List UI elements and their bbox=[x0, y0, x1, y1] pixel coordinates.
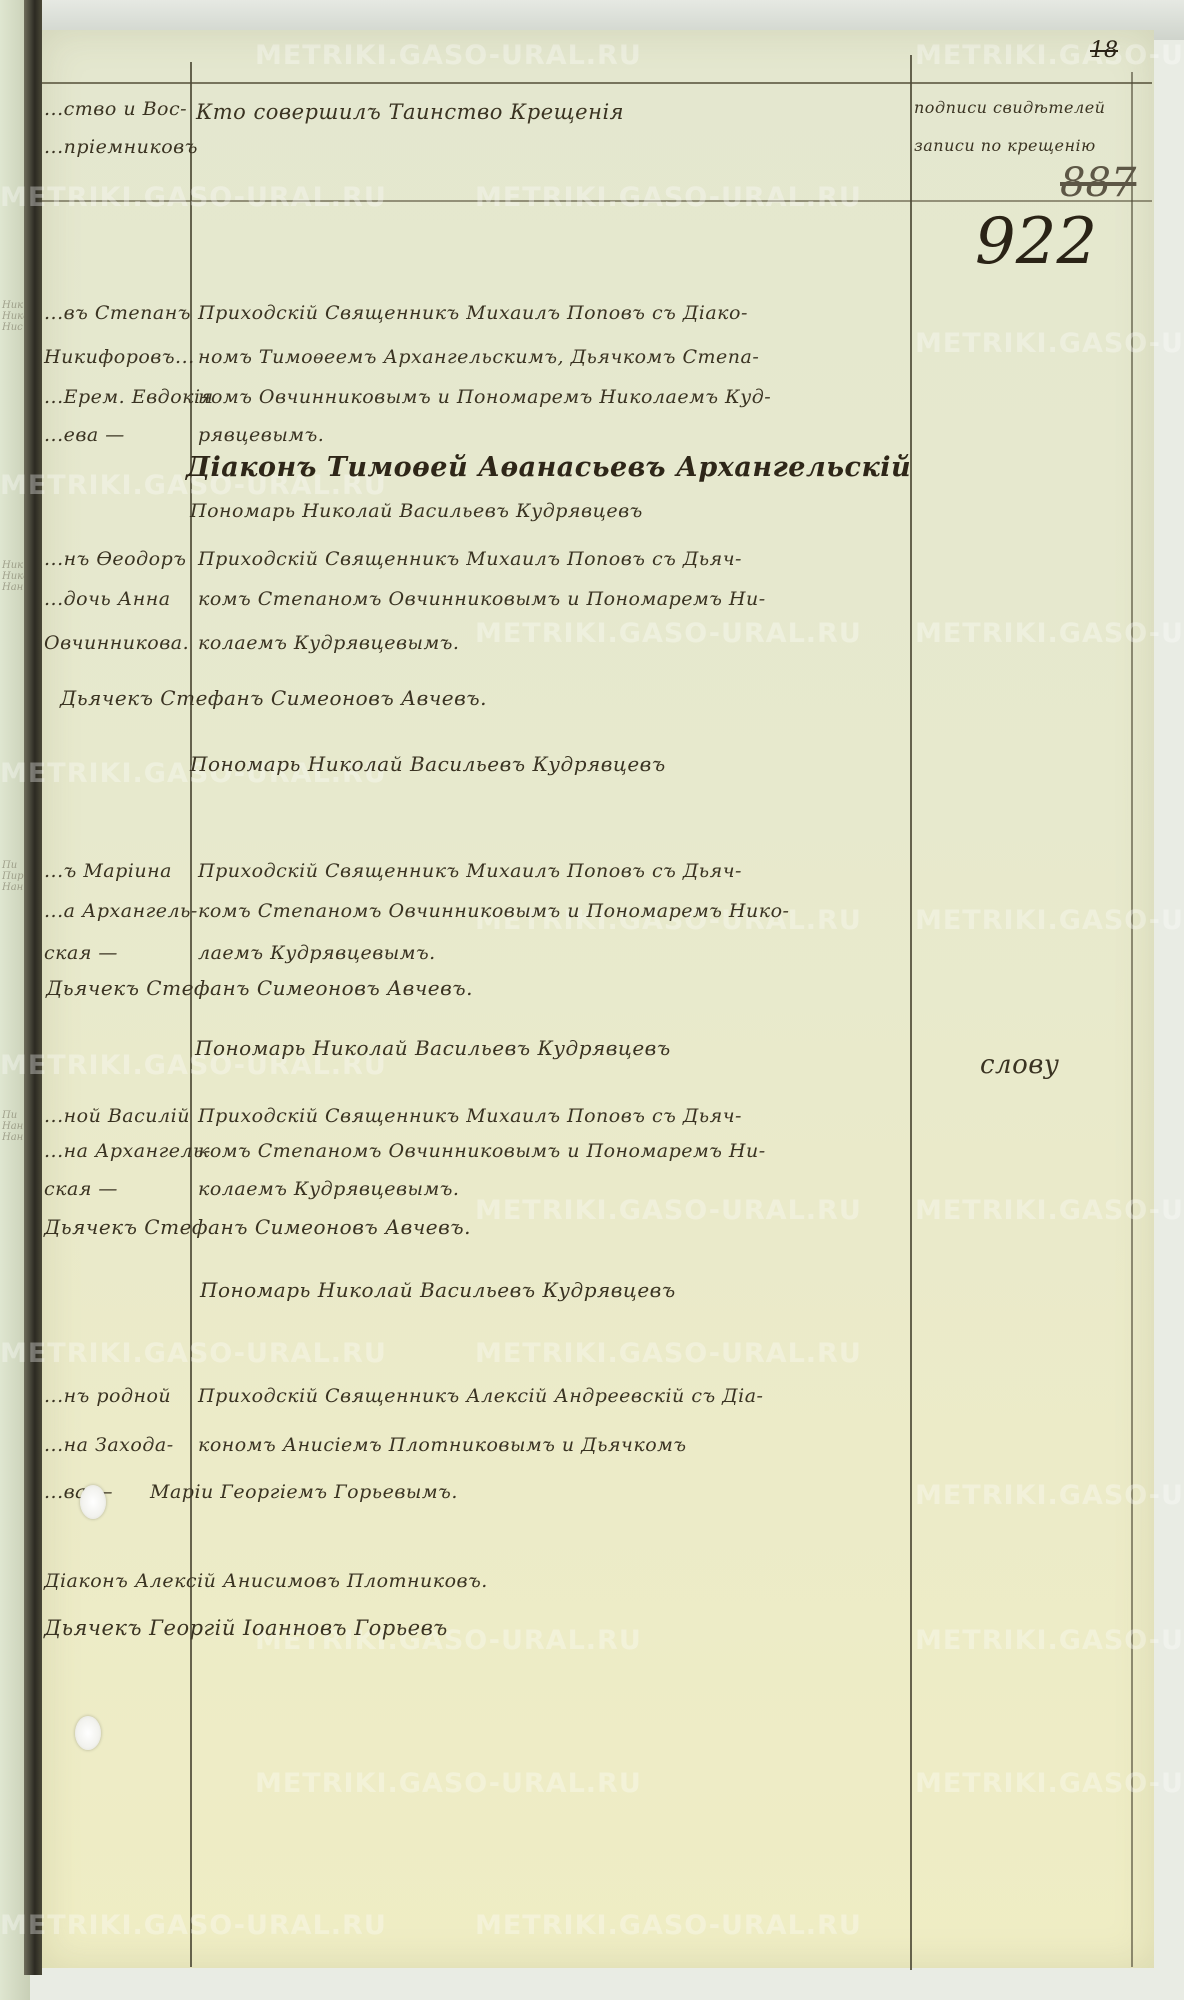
watermark: METRIKI.GASO-URAL.RU bbox=[0, 182, 387, 213]
punch-hole bbox=[75, 1716, 101, 1750]
godparent-text: ...на Захода- bbox=[44, 1434, 174, 1456]
header-performed-by: Кто совершилъ Таинство Крещенія bbox=[196, 100, 624, 124]
godparent-text: Овчинникова. bbox=[44, 632, 189, 654]
watermark: METRIKI.GASO-URAL.RU bbox=[915, 1480, 1184, 1511]
header-top-rule bbox=[42, 82, 1152, 84]
signature: Діаконъ Тимоѳей Аѳанасьевъ Архангельскій bbox=[186, 452, 911, 483]
godparent-text: ...ева — bbox=[44, 424, 125, 446]
watermark: METRIKI.GASO-URAL.RU bbox=[255, 1768, 642, 1799]
godparent-text: ская — bbox=[44, 1178, 118, 1200]
watermark: METRIKI.GASO-URAL.RU bbox=[475, 618, 862, 649]
column-divider-right bbox=[910, 55, 912, 1970]
header-right-line-2: записи по крещенію bbox=[914, 136, 1096, 155]
godparent-text: Никифоровъ... bbox=[44, 346, 195, 368]
godparent-text: ...ъ Маріина bbox=[44, 860, 172, 882]
signature: Пономарь Николай Васильевъ Кудрявцевъ bbox=[195, 1036, 671, 1060]
clergy-text: Приходскій Священникъ Михаилъ Поповъ съ … bbox=[198, 1105, 742, 1127]
clergy-text: номъ Овчинниковымъ и Пономаремъ Николаем… bbox=[198, 386, 771, 408]
godparent-text: ...нъ родной bbox=[44, 1385, 171, 1407]
godparent-text: ...въ Степанъ bbox=[44, 302, 191, 324]
watermark: METRIKI.GASO-URAL.RU bbox=[915, 40, 1184, 71]
clergy-text: номъ Тимоѳеемъ Архангельскимъ, Дьячкомъ … bbox=[198, 346, 759, 368]
clergy-text: комъ Степаномъ Овчинниковымъ и Пономарем… bbox=[198, 1140, 766, 1162]
signature: Пономарь Николай Васильевъ Кудрявцевъ bbox=[190, 500, 643, 522]
signature: Діаконъ Алексій Анисимовъ Плотниковъ. bbox=[44, 1570, 488, 1592]
header-left-line-2: ...пріемниковъ bbox=[44, 136, 198, 158]
signature: Пономарь Николай Васильевъ Кудрявцевъ bbox=[200, 1278, 676, 1302]
godparent-text: ...нъ Ѳеодоръ bbox=[44, 548, 186, 570]
clergy-text: колаемъ Кудрявцевымъ. bbox=[198, 1178, 459, 1200]
clergy-text: рявцевымъ. bbox=[198, 424, 324, 446]
godparent-text: ...дочь Анна bbox=[44, 588, 171, 610]
signature: Дьячекъ Стефанъ Симеоновъ Авчевъ. bbox=[44, 1215, 471, 1239]
facing-page-text: НикНикоНан bbox=[2, 560, 26, 593]
godparent-text: ...на Архангель- bbox=[44, 1140, 211, 1162]
watermark: METRIKI.GASO-URAL.RU bbox=[0, 1910, 387, 1941]
book-binding bbox=[24, 0, 42, 1975]
signature: Дьячекъ Стефанъ Симеоновъ Авчевъ. bbox=[60, 686, 487, 710]
clergy-text: комъ Степаномъ Овчинниковымъ и Пономарем… bbox=[198, 900, 789, 922]
watermark: METRIKI.GASO-URAL.RU bbox=[915, 1195, 1184, 1226]
watermark: METRIKI.GASO-URAL.RU bbox=[915, 905, 1184, 936]
watermark: METRIKI.GASO-URAL.RU bbox=[0, 1338, 387, 1369]
facing-page-text: ПиПирНан bbox=[2, 860, 26, 893]
clergy-text: Приходскій Священникъ Михаилъ Поповъ съ … bbox=[198, 548, 742, 570]
clergy-text: Приходскій Священникъ Алексій Андреевскі… bbox=[198, 1385, 763, 1407]
clergy-text: Приходскій Священникъ Михаилъ Поповъ съ … bbox=[198, 302, 748, 324]
clergy-text: Приходскій Священникъ Михаилъ Поповъ съ … bbox=[198, 860, 742, 882]
watermark: METRIKI.GASO-URAL.RU bbox=[475, 1910, 862, 1941]
watermark: METRIKI.GASO-URAL.RU bbox=[255, 40, 642, 71]
godparent-text: ...ной Василій bbox=[44, 1105, 190, 1127]
godparent-text: ...Ерем. Евдокія bbox=[44, 386, 214, 408]
godparent-text: ская — bbox=[44, 942, 118, 964]
signature: Дьячекъ Стефанъ Симеоновъ Авчевъ. bbox=[46, 976, 473, 1000]
clergy-text: комъ Степаномъ Овчинниковымъ и Пономарем… bbox=[198, 588, 766, 610]
watermark: METRIKI.GASO-URAL.RU bbox=[915, 618, 1184, 649]
watermark: METRIKI.GASO-URAL.RU bbox=[915, 1625, 1184, 1656]
watermark: METRIKI.GASO-URAL.RU bbox=[915, 328, 1184, 359]
watermark: METRIKI.GASO-URAL.RU bbox=[915, 1768, 1184, 1799]
godparent-text: ...а Архангель- bbox=[44, 900, 198, 922]
facing-page-text: ПиНанНан bbox=[2, 1110, 26, 1143]
old-page-number: 887 bbox=[1060, 160, 1136, 206]
watermark: METRIKI.GASO-URAL.RU bbox=[475, 182, 862, 213]
corner-folio-mark: 18 bbox=[1090, 38, 1118, 63]
clergy-text: Маріи Георгіемъ Горьевымъ. bbox=[150, 1481, 458, 1503]
header-left-line-1: ...ство и Вос- bbox=[44, 98, 187, 120]
signature: Пономарь Николай Васильевъ Кудрявцевъ bbox=[190, 752, 666, 776]
page-number: 922 bbox=[975, 205, 1097, 279]
watermark: METRIKI.GASO-URAL.RU bbox=[475, 1338, 862, 1369]
clergy-text: кономъ Анисіемъ Плотниковымъ и Дьячкомъ bbox=[198, 1434, 687, 1456]
punch-hole bbox=[80, 1485, 106, 1519]
watermark: METRIKI.GASO-URAL.RU bbox=[475, 1195, 862, 1226]
header-right-line-1: подписи свидѣтелей bbox=[914, 98, 1105, 117]
facing-page-text: НикНикоНис bbox=[2, 300, 26, 333]
clergy-text: лаемъ Кудрявцевымъ. bbox=[198, 942, 436, 964]
witness-note: слову bbox=[980, 1050, 1059, 1080]
clergy-text: колаемъ Кудрявцевымъ. bbox=[198, 632, 459, 654]
signature: Дьячекъ Георгій Іоанновъ Горьевъ bbox=[44, 1616, 448, 1640]
